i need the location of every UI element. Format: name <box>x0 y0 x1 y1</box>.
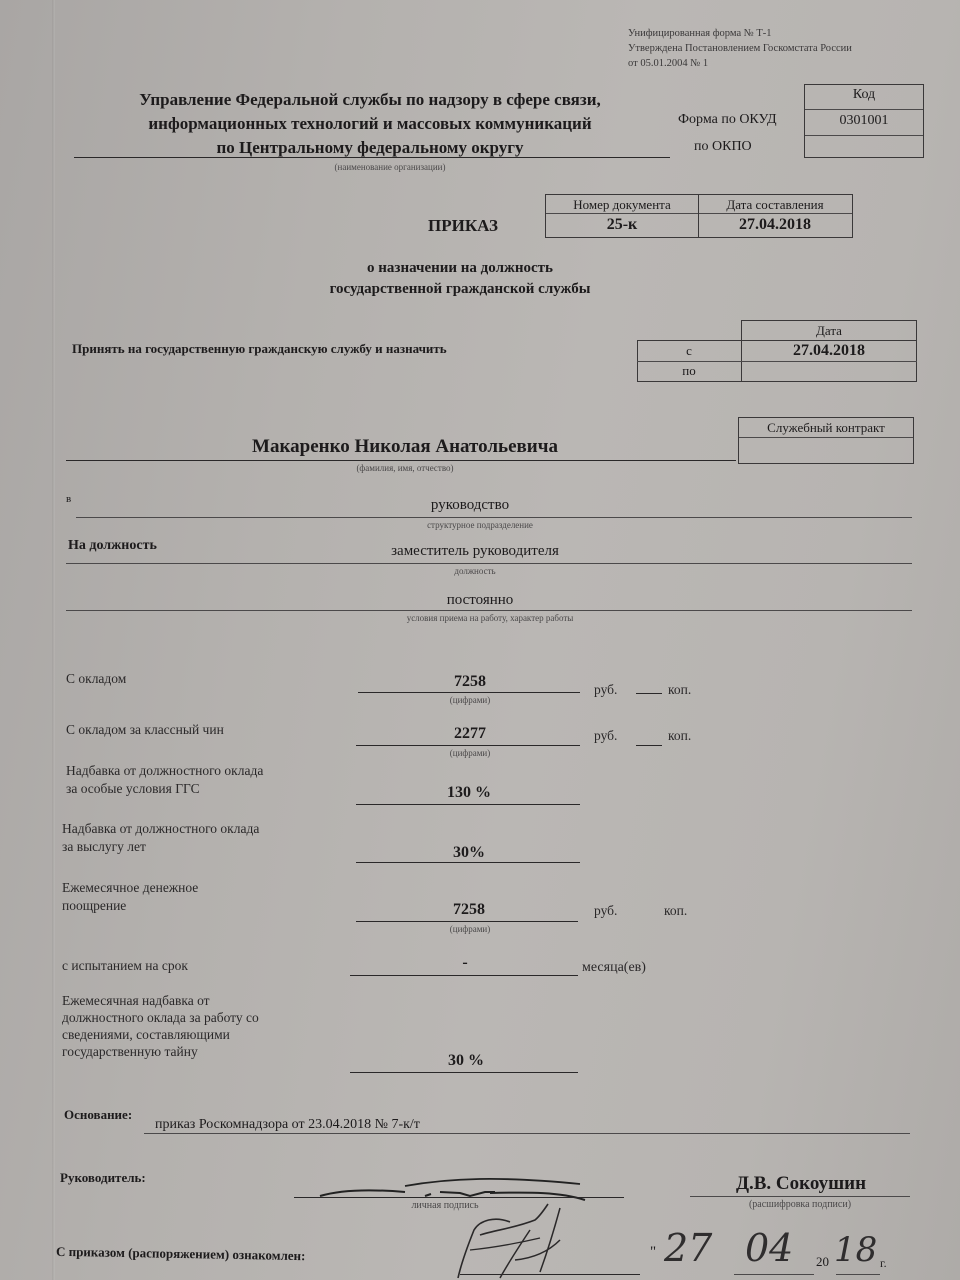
appoint-date-table: Дата с 27.04.2018 по <box>637 320 917 382</box>
head-label: Руководитель: <box>60 1170 146 1186</box>
order-title: ПРИКАЗ <box>428 216 498 236</box>
appoint-from-value: 27.04.2018 <box>741 342 917 360</box>
seniority-label-line1: Надбавка от должностного оклада <box>62 820 259 838</box>
salary-label: С окладом <box>66 670 126 688</box>
secrecy-underline <box>350 1072 578 1073</box>
salary-kop-blank <box>636 693 662 694</box>
salary-caption: (цифрами) <box>410 695 530 705</box>
basis-label: Основание: <box>64 1107 132 1123</box>
acknowledged-year-end: г. <box>880 1256 887 1271</box>
position-caption: должность <box>420 566 530 576</box>
order-subtitle: о назначении на должность государственно… <box>240 258 680 300</box>
conditions-underline <box>66 610 912 611</box>
basis-underline <box>144 1133 910 1134</box>
head-name-underline <box>690 1196 910 1197</box>
form-header-line2: Утверждена Постановлением Госкомстата Ро… <box>628 41 852 56</box>
monthly-bonus-label-line2: поощрение <box>62 897 198 915</box>
employee-signature <box>440 1200 590 1280</box>
special-conditions-value: 130 % <box>358 784 580 802</box>
codes-table: Код 0301001 <box>804 84 924 158</box>
order-number-table: Номер документа Дата составления 25-к 27… <box>545 194 853 238</box>
codes-header: Код <box>805 87 923 103</box>
salary-underline <box>358 692 580 693</box>
order-date-value: 27.04.2018 <box>698 216 852 234</box>
salary-value: 7258 <box>360 673 580 691</box>
employee-name-underline <box>66 460 736 461</box>
special-conditions-underline <box>356 804 580 805</box>
head-name-caption: (расшифровка подписи) <box>720 1199 880 1210</box>
secrecy-label-line3: сведениями, составляющими <box>62 1026 259 1043</box>
acknowledged-month: 04 <box>745 1226 793 1270</box>
acknowledged-year-suffix: 18 <box>834 1230 877 1270</box>
monthly-bonus-underline <box>356 921 578 922</box>
monthly-bonus-label: Ежемесячное денежное поощрение <box>62 879 198 915</box>
seniority-label-line2: за выслугу лет <box>62 838 259 856</box>
head-signature-underline <box>294 1197 624 1198</box>
contract-header: Служебный контракт <box>739 420 913 436</box>
year-underline <box>836 1274 880 1275</box>
salary-rub: руб. <box>594 681 617 699</box>
class-rank-rub: руб. <box>594 727 617 745</box>
appoint-label: Принять на государственную гражданскую с… <box>72 341 447 357</box>
form-header: Унифицированная форма № Т-1 Утверждена П… <box>628 26 852 71</box>
form-header-line3: от 05.01.2004 № 1 <box>628 56 852 71</box>
organization-caption: (наименование организации) <box>270 162 510 172</box>
probation-underline <box>350 975 578 976</box>
department-prefix: в <box>66 493 71 505</box>
probation-label: с испытанием на срок <box>62 957 188 975</box>
employee-name-caption: (фамилия, имя, отчество) <box>300 463 510 473</box>
department-caption: структурное подразделение <box>370 520 590 530</box>
department-underline <box>76 517 912 518</box>
monthly-bonus-caption: (цифрами) <box>410 924 530 934</box>
position-label: На должность <box>68 538 157 554</box>
organization-line2: информационных технологий и массовых ком… <box>70 112 670 136</box>
order-subtitle-line2: государственной гражданской службы <box>240 279 680 300</box>
conditions-value: постоянно <box>380 592 580 609</box>
seniority-underline <box>356 862 580 863</box>
contract-table: Служебный контракт <box>738 417 914 464</box>
class-rank-label: С окладом за классный чин <box>66 721 224 739</box>
class-rank-underline <box>356 745 580 746</box>
appoint-date-header: Дата <box>741 323 917 339</box>
okud-label: Форма по ОКУД <box>678 112 777 128</box>
position-value: заместитель руководителя <box>330 543 620 560</box>
class-rank-value: 2277 <box>360 725 580 743</box>
special-conditions-label: Надбавка от должностного оклада за особы… <box>66 762 263 798</box>
okud-value: 0301001 <box>805 113 923 129</box>
special-conditions-label-line1: Надбавка от должностного оклада <box>66 762 263 780</box>
monthly-bonus-rub: руб. <box>594 902 617 920</box>
monthly-bonus-value: 7258 <box>358 901 580 919</box>
seniority-label: Надбавка от должностного оклада за выслу… <box>62 820 259 856</box>
secrecy-label-line2: должностного оклада за работу со <box>62 1009 259 1026</box>
seniority-value: 30% <box>358 844 580 862</box>
class-rank-kop: коп. <box>668 727 691 745</box>
probation-value: - <box>352 954 578 972</box>
organization-underline <box>74 157 670 158</box>
month-underline <box>734 1274 814 1275</box>
order-number-value: 25-к <box>546 216 698 234</box>
acknowledged-year-prefix: 20 <box>816 1254 829 1270</box>
department-value: руководство <box>340 497 600 514</box>
class-rank-caption: (цифрами) <box>410 748 530 758</box>
acknowledged-label: С приказом (распоряжением) ознакомлен: <box>56 1244 306 1264</box>
secrecy-label: Ежемесячная надбавка от должностного окл… <box>62 992 259 1060</box>
order-date-header: Дата составления <box>698 197 852 213</box>
employee-signature-underline <box>460 1274 640 1275</box>
appoint-to-label: по <box>637 363 741 379</box>
order-subtitle-line1: о назначении на должность <box>240 258 680 279</box>
conditions-caption: условия приема на работу, характер работ… <box>340 613 640 623</box>
form-header-line1: Унифицированная форма № Т-1 <box>628 26 852 41</box>
employee-name: Макаренко Николая Анатольевича <box>180 436 630 458</box>
appoint-from-label: с <box>637 343 741 359</box>
position-underline <box>66 563 912 564</box>
acknowledged-day: 27 <box>664 1226 712 1270</box>
paper-fold <box>52 0 55 1280</box>
monthly-bonus-label-line1: Ежемесячное денежное <box>62 879 198 897</box>
special-conditions-label-line2: за особые условия ГГС <box>66 780 263 798</box>
salary-kop: коп. <box>668 681 691 699</box>
basis-value: приказ Роскомнадзора от 23.04.2018 № 7-к… <box>155 1117 420 1133</box>
monthly-bonus-kop: коп. <box>664 902 687 920</box>
secrecy-value: 30 % <box>354 1052 578 1070</box>
secrecy-label-line4: государственную тайну <box>62 1043 259 1060</box>
secrecy-label-line1: Ежемесячная надбавка от <box>62 992 259 1009</box>
organization-line1: Управление Федеральной службы по надзору… <box>70 88 670 112</box>
quote-mark: " <box>650 1244 656 1261</box>
head-name: Д.В. Сокоушин <box>716 1173 886 1195</box>
probation-unit: месяца(ев) <box>582 959 646 977</box>
order-number-header: Номер документа <box>546 197 698 213</box>
okpo-label: по ОКПО <box>694 139 752 155</box>
class-rank-kop-blank <box>636 745 662 746</box>
organization-name: Управление Федеральной службы по надзору… <box>70 88 670 160</box>
